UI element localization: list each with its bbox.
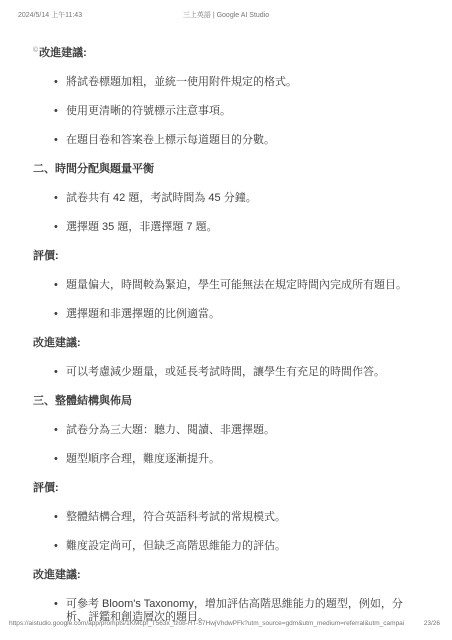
- bullet-list: • 整體結構合理，符合英語科考試的常規模式。 • 難度設定尚可，但缺乏高階思維能…: [33, 511, 422, 553]
- heading-text: 改進建議:: [39, 47, 87, 59]
- print-header: 2024/5/14 上午11:43 三上英語 | Google AI Studi…: [0, 10, 452, 22]
- bullet-icon: •: [54, 511, 66, 524]
- list-item: • 難度設定尚可，但缺乏高階思維能力的評估。: [33, 540, 422, 553]
- list-item: • 試卷共有 42 題，考試時間為 45 分鐘。: [33, 192, 422, 205]
- list-item: • 選擇題 35 題，非選擇題 7 題。: [33, 221, 422, 234]
- print-date: 2024/5/14 上午11:43: [18, 10, 82, 20]
- section-heading-improvements-3: 改進建議:: [33, 569, 422, 582]
- list-item: • 將試卷標題加粗，並統一使用附件規定的格式。: [33, 76, 422, 89]
- list-item-text: 試卷分為三大題：聽力、閱讀、非選擇題。: [66, 424, 422, 437]
- list-item-text: 選擇題 35 題，非選擇題 7 題。: [66, 221, 422, 234]
- bullet-icon: •: [54, 221, 66, 234]
- list-item-text: 試卷共有 42 題，考試時間為 45 分鐘。: [66, 192, 422, 205]
- bullet-icon: •: [54, 76, 66, 89]
- section-heading-improvements-1: ©改進建議:: [33, 44, 422, 60]
- section-heading-evaluation-2: 評價:: [33, 482, 422, 495]
- bullet-icon: •: [54, 105, 66, 118]
- list-item: • 題型順序合理，難度逐漸提升。: [33, 453, 422, 466]
- list-item: • 在題目卷和答案卷上標示每道題目的分數。: [33, 134, 422, 147]
- list-item-text: 選擇題和非選擇題的比例適當。: [66, 308, 422, 321]
- list-item: • 可以考慮減少題量，或延長考試時間，讓學生有充足的時間作答。: [33, 366, 422, 379]
- list-item-text: 難度設定尚可，但缺乏高階思維能力的評估。: [66, 540, 422, 553]
- list-item-text: 整體結構合理，符合英語科考試的常規模式。: [66, 511, 422, 524]
- bullet-list: • 將試卷標題加粗，並統一使用附件規定的格式。 • 使用更清晰的符號標示注意事項…: [33, 76, 422, 147]
- list-item: • 選擇題和非選擇題的比例適當。: [33, 308, 422, 321]
- bullet-list: • 可以考慮減少題量，或延長考試時間，讓學生有充足的時間作答。: [33, 366, 422, 379]
- list-item: • 題量偏大，時間較為緊迫，學生可能無法在規定時間內完成所有題目。: [33, 279, 422, 292]
- document-body: ©改進建議: • 將試卷標題加粗，並統一使用附件規定的格式。 • 使用更清晰的符…: [33, 44, 422, 640]
- list-item-text: 在題目卷和答案卷上標示每道題目的分數。: [66, 134, 422, 147]
- list-item-text: 可以考慮減少題量，或延長考試時間，讓學生有充足的時間作答。: [66, 366, 422, 379]
- source-url: https://aistudio.google.com/app/prompts/…: [9, 620, 404, 627]
- bullet-list: • 試卷共有 42 題，考試時間為 45 分鐘。 • 選擇題 35 題，非選擇題…: [33, 192, 422, 234]
- list-item: • 整體結構合理，符合英語科考試的常規模式。: [33, 511, 422, 524]
- bullet-list: • 試卷分為三大題：聽力、閱讀、非選擇題。 • 題型順序合理，難度逐漸提升。: [33, 424, 422, 466]
- bullet-list: • 題量偏大，時間較為緊迫，學生可能無法在規定時間內完成所有題目。 • 選擇題和…: [33, 279, 422, 321]
- bullet-icon: •: [54, 134, 66, 147]
- section-heading-structure-layout: 三、整體結構與佈局: [33, 395, 422, 408]
- list-item: • 試卷分為三大題：聽力、閱讀、非選擇題。: [33, 424, 422, 437]
- superscript-mark: ©: [33, 47, 38, 54]
- section-heading-evaluation-1: 評價:: [33, 250, 422, 263]
- list-item-text: 將試卷標題加粗，並統一使用附件規定的格式。: [66, 76, 422, 89]
- bullet-icon: •: [54, 279, 66, 292]
- list-item-text: 題型順序合理，難度逐漸提升。: [66, 453, 422, 466]
- bullet-icon: •: [54, 308, 66, 321]
- bullet-icon: •: [54, 192, 66, 205]
- list-item: • 使用更清晰的符號標示注意事項。: [33, 105, 422, 118]
- bullet-icon: •: [54, 424, 66, 437]
- list-item-text: 使用更清晰的符號標示注意事項。: [66, 105, 422, 118]
- bullet-icon: •: [54, 366, 66, 379]
- list-item-text: 題量偏大，時間較為緊迫，學生可能無法在規定時間內完成所有題目。: [66, 279, 422, 292]
- bullet-icon: •: [54, 453, 66, 466]
- section-heading-improvements-2: 改進建議:: [33, 337, 422, 350]
- print-footer: https://aistudio.google.com/app/prompts/…: [9, 620, 440, 627]
- bullet-icon: •: [54, 540, 66, 553]
- page-number: 23/26: [412, 620, 440, 627]
- section-heading-time-allocation: 二、時間分配與題量平衡: [33, 163, 422, 176]
